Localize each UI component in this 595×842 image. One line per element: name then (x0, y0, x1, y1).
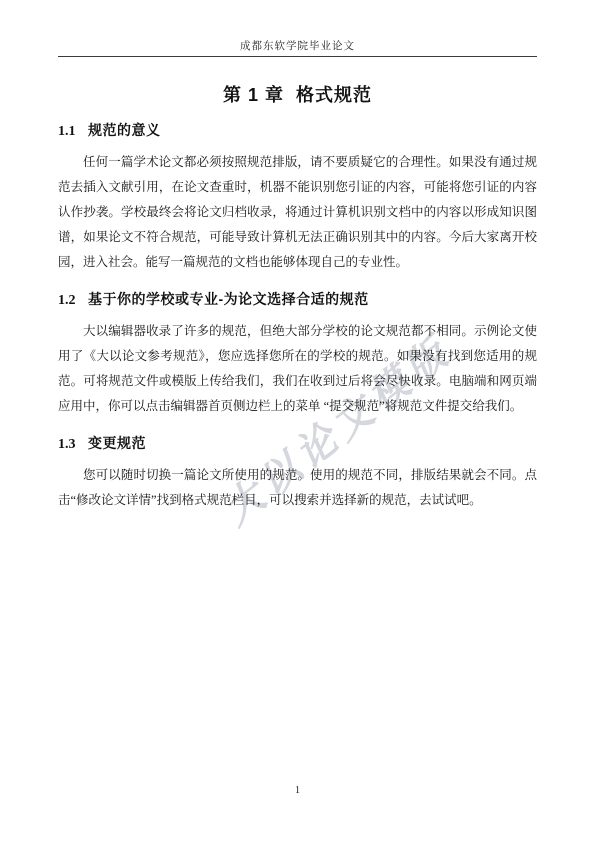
section-heading: 1.2 基于你的学校或专业-为论文选择合适的规范 (58, 290, 537, 310)
section-title: 规范的意义 (88, 122, 161, 138)
chapter-title: 第 1 章 格式规范 (58, 84, 537, 106)
header-rule (58, 56, 537, 57)
section-heading: 1.3 变更规范 (58, 434, 537, 454)
section-1-3: 1.3 变更规范 您可以随时切换一篇论文所使用的规范。使用的规范不同，排版结果就… (58, 434, 537, 513)
header-title: 成都东软学院毕业论文 (58, 40, 537, 53)
section-title: 基于你的学校或专业-为论文选择合适的规范 (88, 291, 369, 307)
document-page: 大以论文模版 成都东软学院毕业论文 第 1 章 格式规范 1.1 规范的意义 任… (0, 0, 595, 842)
section-paragraph: 任何一篇学术论文都必须按照规范排版，请不要质疑它的合理性。如果没有通过规范去插入… (58, 150, 537, 275)
section-number: 1.1 (58, 124, 76, 139)
page-content: 成都东软学院毕业论文 第 1 章 格式规范 1.1 规范的意义 任何一篇学术论文… (0, 0, 595, 513)
page-number: 1 (0, 785, 595, 796)
section-1-2: 1.2 基于你的学校或专业-为论文选择合适的规范 大以编辑器收录了许多的规范，但… (58, 290, 537, 419)
page-header: 成都东软学院毕业论文 (58, 0, 537, 57)
section-heading: 1.1 规范的意义 (58, 121, 537, 141)
section-number: 1.2 (58, 293, 76, 308)
section-1-1: 1.1 规范的意义 任何一篇学术论文都必须按照规范排版，请不要质疑它的合理性。如… (58, 121, 537, 275)
section-paragraph: 您可以随时切换一篇论文所使用的规范。使用的规范不同，排版结果就会不同。点击“修改… (58, 463, 537, 513)
section-title: 变更规范 (88, 435, 146, 451)
section-paragraph: 大以编辑器收录了许多的规范，但绝大部分学校的论文规范都不相同。示例论文使用了《大… (58, 319, 537, 419)
section-number: 1.3 (58, 437, 76, 452)
